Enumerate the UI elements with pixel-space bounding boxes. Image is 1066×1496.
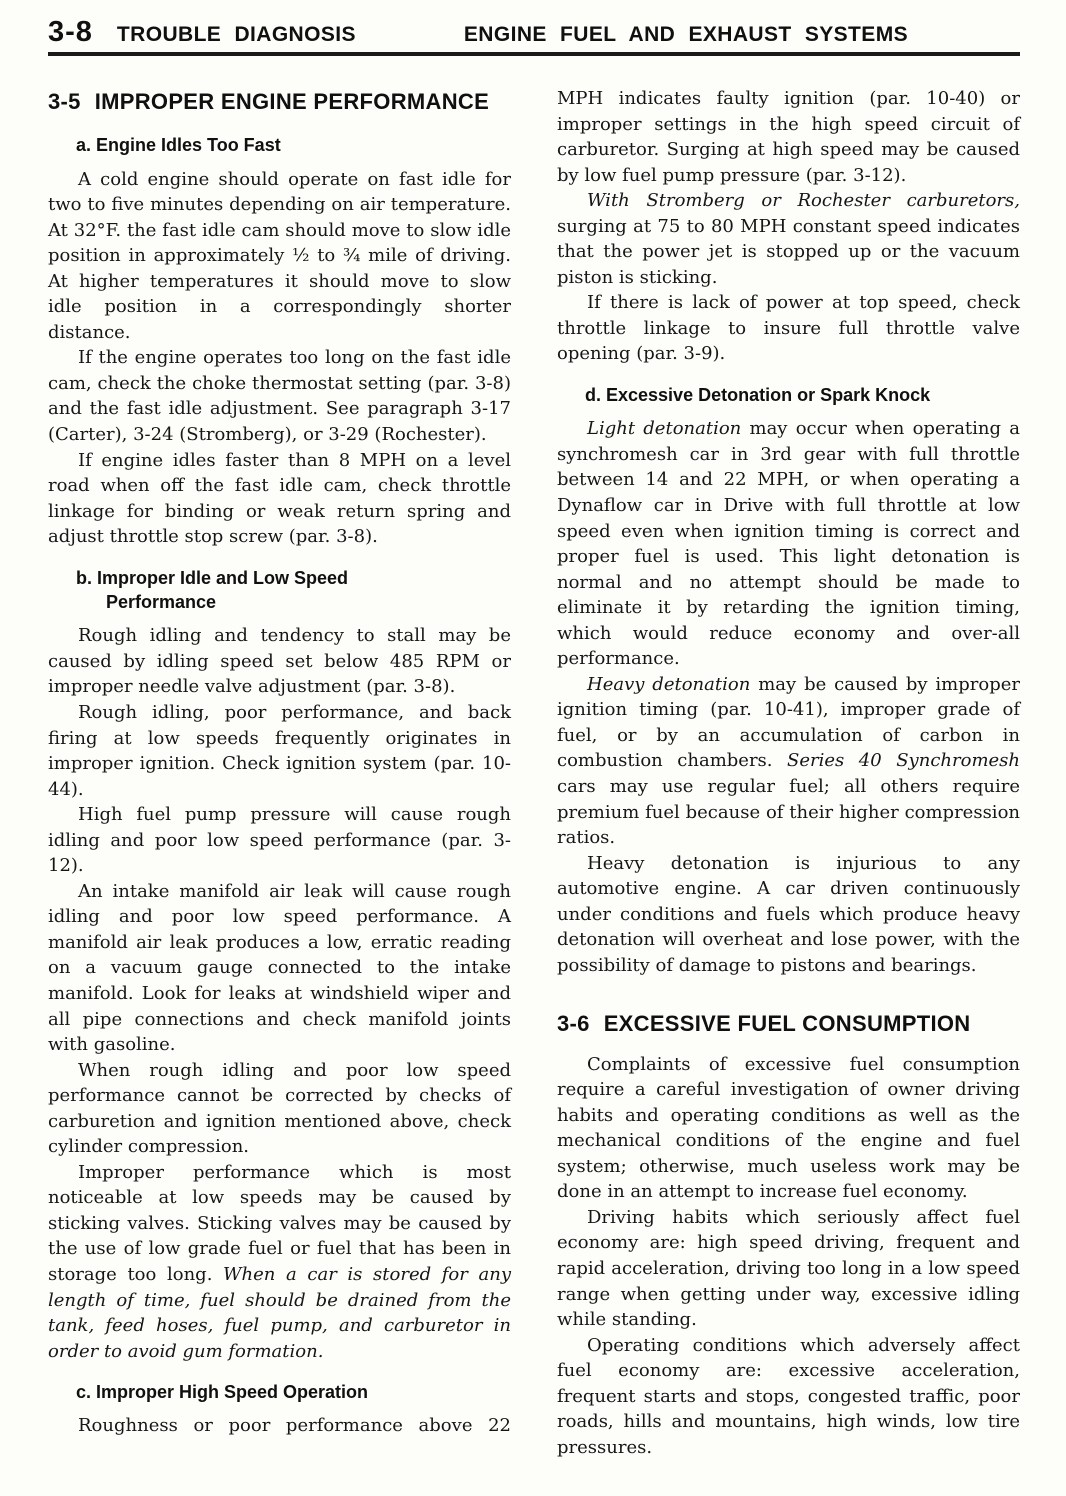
column-right: MPH indicates faulty ignition (par. 10-4…	[557, 86, 1020, 1460]
paragraph-text: Rough idling, poor performance, and back…	[48, 702, 511, 800]
running-title-right: ENGINE FUEL AND EXHAUST SYSTEMS	[464, 23, 908, 47]
section-heading: 3-6EXCESSIVE FUEL CONSUMPTION	[557, 1008, 1020, 1039]
paragraph-text: An intake manifold air leak will cause r…	[48, 881, 511, 1055]
paragraph: High fuel pump pressure will cause rough…	[48, 802, 511, 879]
paragraph: An intake manifold air leak will cause r…	[48, 879, 511, 1058]
page-header: 3-8 TROUBLE DIAGNOSIS ENGINE FUEL AND EX…	[48, 16, 1020, 49]
paragraph-text: Operating conditions which adversely aff…	[557, 1335, 1020, 1458]
paragraph: If engine idles faster than 8 MPH on a l…	[48, 448, 511, 550]
paragraph: If there is lack of power at top speed, …	[557, 290, 1020, 367]
column-left: 3-5IMPROPER ENGINE PERFORMANCEa. Engine …	[48, 86, 511, 1460]
paragraph-text: Heavy detonation is injurious to any aut…	[557, 853, 1020, 976]
paragraph: Heavy detonation may be caused by improp…	[557, 672, 1020, 851]
paragraph-text-italic: Light detonation	[587, 418, 741, 439]
paragraph-text: When rough idling and poor low speed per…	[48, 1060, 511, 1158]
section-number: 3-5	[48, 89, 81, 114]
section-heading: 3-5IMPROPER ENGINE PERFORMANCE	[48, 86, 511, 117]
running-title-left: TROUBLE DIAGNOSIS	[117, 23, 356, 47]
paragraph-text: surging at 75 to 80 MPH constant speed i…	[557, 216, 1020, 288]
paragraph-text: Complaints of excessive fuel consumption…	[557, 1054, 1020, 1203]
paragraph: If the engine operates too long on the f…	[48, 345, 511, 447]
section-number: 3-6	[557, 1011, 590, 1036]
paragraph-text: Driving habits which seriously affect fu…	[557, 1207, 1020, 1330]
sub-heading: c. Improper High Speed Operation	[48, 1380, 511, 1404]
paragraph: With Stromberg or Rochester carburetors,…	[557, 188, 1020, 290]
paragraph-text-italic: Series 40 Synchromesh	[787, 750, 1020, 771]
paragraph: A cold engine should operate on fast idl…	[48, 167, 511, 346]
manual-page: 3-8 TROUBLE DIAGNOSIS ENGINE FUEL AND EX…	[0, 0, 1066, 1496]
page-body: 3-5IMPROPER ENGINE PERFORMANCEa. Engine …	[48, 86, 1020, 1460]
paragraph: Rough idling, poor performance, and back…	[48, 700, 511, 802]
paragraph-text: High fuel pump pressure will cause rough…	[48, 804, 511, 876]
paragraph-text: Roughness or poor performance above 22	[78, 1415, 511, 1436]
paragraph-text: If there is lack of power at top speed, …	[557, 292, 1020, 364]
paragraph: MPH indicates faulty ignition (par. 10-4…	[557, 86, 1020, 188]
paragraph-text: MPH indicates faulty ignition (par. 10-4…	[557, 88, 1020, 186]
sub-heading: d. Excessive Detonation or Spark Knock	[557, 383, 1020, 407]
paragraph: Rough idling and tendency to stall may b…	[48, 623, 511, 700]
section-title: IMPROPER ENGINE PERFORMANCE	[95, 89, 489, 114]
paragraph: Heavy detonation is injurious to any aut…	[557, 851, 1020, 979]
paragraph: Light detonation may occur when operatin…	[557, 416, 1020, 671]
paragraph: When rough idling and poor low speed per…	[48, 1058, 511, 1160]
page-number: 3-8	[48, 16, 93, 49]
section-title: EXCESSIVE FUEL CONSUMPTION	[604, 1011, 971, 1036]
paragraph-text: If the engine operates too long on the f…	[48, 347, 511, 445]
sub-heading: a. Engine Idles Too Fast	[48, 133, 511, 157]
paragraph-text-italic: With Stromberg or Rochester carburetors,	[587, 190, 1020, 211]
header-rule	[48, 52, 1020, 56]
paragraph-text: A cold engine should operate on fast idl…	[48, 169, 511, 343]
paragraph-text: If engine idles faster than 8 MPH on a l…	[48, 450, 511, 548]
sub-heading: b. Improper Idle and Low SpeedPerformanc…	[48, 566, 511, 615]
paragraph-text: Rough idling and tendency to stall may b…	[48, 625, 511, 697]
paragraph-text: cars may use regular fuel; all others re…	[557, 776, 1020, 848]
paragraph-text: may occur when operating a synchromesh c…	[557, 418, 1020, 669]
paragraph: Roughness or poor performance above 22	[48, 1413, 511, 1439]
paragraph: Driving habits which seriously affect fu…	[557, 1205, 1020, 1333]
paragraph: Complaints of excessive fuel consumption…	[557, 1052, 1020, 1205]
paragraph: Improper performance which is most notic…	[48, 1160, 511, 1364]
paragraph-text-italic: Heavy detonation	[587, 674, 750, 695]
paragraph: Operating conditions which adversely aff…	[557, 1333, 1020, 1461]
